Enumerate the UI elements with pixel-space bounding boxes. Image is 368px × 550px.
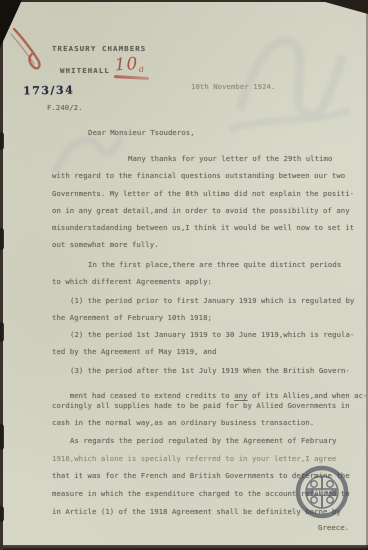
body-line: (3) the period after the 1st July 1919 W… [70, 367, 350, 374]
letterhead-line-1: TREASURY CHAMBERS [52, 45, 146, 52]
body-line: As regards the period regulated by the A… [70, 437, 337, 444]
body-line-greece: Greece. [318, 524, 349, 531]
scan-edge-bottom [0, 545, 368, 550]
body-line: misunderstadanding between us,I think it… [52, 224, 354, 231]
body-line: with regard to the financial questions o… [52, 172, 345, 179]
red-annotation-10a: 10a [114, 53, 160, 86]
round-library-stamp: ΜΙΕΤ [294, 464, 350, 520]
scan-corner-top-right [318, 0, 368, 14]
body-line: ted by the Agreement of May 1919, and [52, 348, 216, 355]
red-pencil-scribble [6, 22, 56, 82]
body-line: cordingly all supplies hade to be paid f… [52, 402, 350, 409]
body-line: the Agreement of February 10th 1918; [52, 314, 212, 321]
body-line: (2) the period 1st January 1919 to 30 Ju… [70, 331, 354, 338]
bleed-through-ghost [225, 15, 355, 145]
binding-mark [0, 506, 4, 522]
binding-mark [0, 228, 4, 250]
binding-mark [0, 424, 4, 450]
registry-number-stamp: 173/34 [23, 84, 75, 98]
scanned-letter-page: TREASURY CHAMBERS WHITEHALL 10a 10th Nov… [0, 0, 368, 550]
body-line: (1) the period prior to first January 19… [70, 297, 354, 304]
underlined-word-any: any [234, 391, 247, 400]
red-annotation-suffix: a [138, 65, 144, 75]
body-line: to which different Agreements apply: [52, 278, 212, 285]
body-line: out somewhat more fully. [52, 241, 159, 248]
binding-mark [0, 322, 4, 342]
body-line: on in any great detail,and in order to a… [52, 207, 350, 214]
body-line-pre: ment had ceased to extend credits to [70, 391, 234, 400]
scan-edge-left [0, 0, 3, 550]
salutation: Dear Monsieur Tsouderos, [88, 129, 195, 136]
body-line: 1918,which alone is specially referred t… [52, 455, 336, 462]
red-annotation-number: 10 [114, 54, 139, 76]
round-stamp-text: ΜΙΕΤ [313, 489, 331, 497]
file-reference: F.240/2. [47, 104, 83, 111]
body-line: cash in the normal way,as an ordinary bu… [52, 419, 314, 426]
binding-mark [0, 132, 4, 150]
letter-date: 10th November 1924. [191, 83, 275, 90]
body-line: Governments. My letter of the 8th ultimo… [52, 190, 354, 197]
body-line-post: of its Allies,and when ac- [248, 391, 368, 400]
letterhead-line-2: WHITEHALL [60, 67, 110, 74]
body-line: Many thanks for your letter of the 29th … [128, 155, 332, 162]
scan-edge-top [0, 0, 368, 2]
body-line: In the first place,there are three quite… [88, 261, 341, 268]
